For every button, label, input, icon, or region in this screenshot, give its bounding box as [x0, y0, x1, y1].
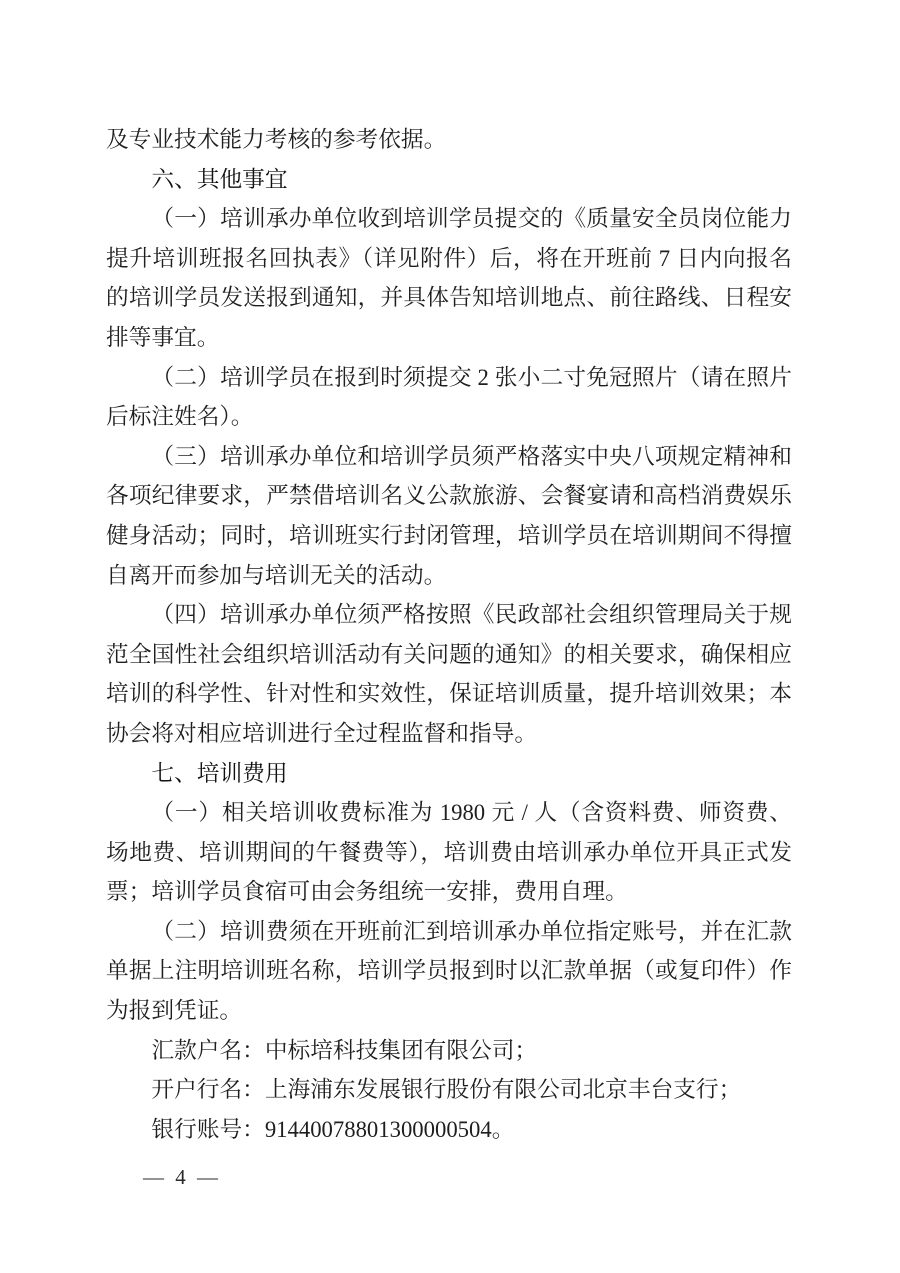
section-heading-other-matters: 六、其他事宜	[106, 160, 792, 200]
paragraph-training-fees-1: （一）相关培训收费标准为 1980 元 / 人（含资料费、师资费、场地费、培训期…	[106, 793, 792, 912]
paragraph-other-matters-4: （四）培训承办单位须严格按照《民政部社会组织管理局关于规范全国性社会组织培训活动…	[106, 595, 792, 753]
paragraph-continuation: 及专业技术能力考核的参考依据。	[106, 120, 792, 160]
bank-account-number-line: 银行账号：91440078801300000504。	[106, 1110, 792, 1150]
paragraph-other-matters-2: （二）培训学员在报到时须提交 2 张小二寸免冠照片（请在照片后标注姓名）。	[106, 358, 792, 437]
paragraph-other-matters-1: （一）培训承办单位收到培训学员提交的《质量安全员岗位能力提升培训班报名回执表》（…	[106, 199, 792, 357]
bank-branch-name-line: 开户行名：上海浦东发展银行股份有限公司北京丰台支行；	[106, 1070, 792, 1110]
document-page: 及专业技术能力考核的参考依据。 六、其他事宜 （一）培训承办单位收到培训学员提交…	[0, 0, 900, 1273]
section-heading-training-fees: 七、培训费用	[106, 754, 792, 794]
paragraph-training-fees-2: （二）培训费须在开班前汇到培训承办单位指定账号，并在汇款单据上注明培训班名称，培…	[106, 912, 792, 1031]
document-body: 及专业技术能力考核的参考依据。 六、其他事宜 （一）培训承办单位收到培训学员提交…	[106, 120, 792, 1149]
page-number: — 4 —	[143, 1162, 221, 1192]
bank-account-name-line: 汇款户名：中标培科技集团有限公司；	[106, 1031, 792, 1071]
paragraph-other-matters-3: （三）培训承办单位和培训学员须严格落实中央八项规定精神和各项纪律要求，严禁借培训…	[106, 437, 792, 595]
